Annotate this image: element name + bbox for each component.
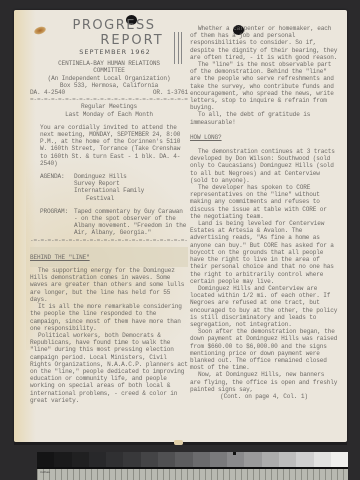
document-page: PROGRESS REPORT SEPTEMBER 1962 CENTINELA… bbox=[14, 10, 347, 442]
article-paragraph: To all, the debt of gratitude is immeasu… bbox=[190, 111, 338, 125]
color-calibration-target: inches bbox=[37, 452, 348, 480]
program: PROGRAM: Taped commentary by Guy Carawan… bbox=[30, 208, 188, 237]
phone-left: DA. 4-2540 bbox=[30, 89, 65, 96]
gray-step bbox=[296, 452, 313, 467]
agenda-item: Dominguez Hills bbox=[74, 173, 188, 180]
org-subtitle: (An Independent Local Organization) bbox=[30, 75, 188, 82]
divider: -=-=-=-=-=-=-=-=-=-=-=-=-=-=-=-=-=-=-=-=… bbox=[30, 237, 188, 244]
calibration-marker bbox=[233, 452, 236, 455]
grayscale-strip bbox=[37, 452, 348, 467]
gray-step bbox=[89, 452, 106, 467]
gray-step bbox=[72, 452, 89, 467]
right-column: Whether a carpenter or homemaker, each o… bbox=[190, 25, 338, 400]
article-heading-behind-the-line: BEHIND THE "LINE" bbox=[30, 254, 90, 261]
article-paragraph: Political workers, both Democrats & Repu… bbox=[30, 332, 188, 404]
continuation-paragraph: Whether a carpenter or homemaker, each o… bbox=[190, 25, 338, 61]
meetings-line1: Regular Meetings bbox=[30, 103, 188, 110]
paper-tab bbox=[174, 440, 183, 445]
phone-right: OR. 1-3761 bbox=[153, 89, 188, 96]
agenda-label: AGENDA: bbox=[40, 173, 74, 202]
gray-step bbox=[141, 452, 158, 467]
article-paragraph: It is all the more remarkable considerin… bbox=[30, 303, 188, 332]
article-paragraph: Land is being leveled for Centerview Est… bbox=[190, 220, 338, 285]
article-paragraph: The "line" is the most observable part o… bbox=[190, 61, 338, 111]
gray-step bbox=[123, 452, 140, 467]
agenda-item: Festival bbox=[74, 195, 188, 202]
program-text: Taped commentary by Guy Carawan - on the… bbox=[74, 208, 188, 237]
gray-step bbox=[37, 452, 54, 467]
article-paragraph: The developer has spoken to CORE represe… bbox=[190, 184, 338, 220]
divider: =-=-=-=-=-=-=-=-=-=-=-=-=-=-=-=-=-=-=-=-… bbox=[30, 96, 188, 103]
gray-step bbox=[331, 452, 348, 467]
org-address: Box 533, Hermosa, California bbox=[30, 82, 188, 89]
gray-step bbox=[54, 452, 71, 467]
gray-step bbox=[244, 452, 261, 467]
org-name-line2: COMMITTEE bbox=[30, 67, 188, 74]
gray-step bbox=[158, 452, 175, 467]
program-label: PROGRAM: bbox=[40, 208, 74, 237]
masthead-title-line2: REPORT bbox=[76, 33, 188, 48]
agenda-item: International Family bbox=[74, 187, 188, 194]
agenda: AGENDA: Dominguez Hills Survey Report In… bbox=[30, 173, 188, 202]
org-name-line1: CENTINELA-BAY HUMAN RELATIONS bbox=[30, 60, 188, 67]
article-paragraph: Dominguez Hills and Centerview are locat… bbox=[190, 285, 338, 328]
meetings-line2: Last Monday of Each Month bbox=[30, 111, 188, 118]
gray-step bbox=[314, 452, 331, 467]
left-column: PROGRESS REPORT SEPTEMBER 1962 CENTINELA… bbox=[30, 18, 188, 404]
masthead-date: SEPTEMBER 1962 bbox=[42, 49, 188, 56]
ruler-label: inches bbox=[40, 470, 50, 474]
invitation-text: You are cordially invited to attend the … bbox=[30, 124, 188, 167]
article-paragraph: The supporting energy for the Dominguez … bbox=[30, 267, 188, 303]
phone-row: DA. 4-2540 OR. 1-3761 bbox=[30, 89, 188, 96]
gray-step bbox=[262, 452, 279, 467]
article-paragraph: The demonstration continues at 3 tracts … bbox=[190, 148, 338, 184]
gray-step bbox=[193, 452, 210, 467]
gray-step bbox=[106, 452, 123, 467]
gray-step bbox=[210, 452, 227, 467]
article-heading-how-long: HOW LONG? bbox=[190, 134, 222, 141]
gray-step bbox=[175, 452, 192, 467]
masthead-title-line1: PROGRESS bbox=[40, 18, 188, 33]
agenda-item: Survey Report bbox=[74, 180, 188, 187]
article-paragraph: Soon after the demonstration began, the … bbox=[190, 328, 338, 371]
article-paragraph: Now, at Dominguez Hills, new banners are… bbox=[190, 371, 338, 393]
measurement-ruler: inches bbox=[37, 469, 348, 480]
gray-step bbox=[279, 452, 296, 467]
continued-note: (Cont. on page 4, Col. 1) bbox=[190, 393, 338, 400]
